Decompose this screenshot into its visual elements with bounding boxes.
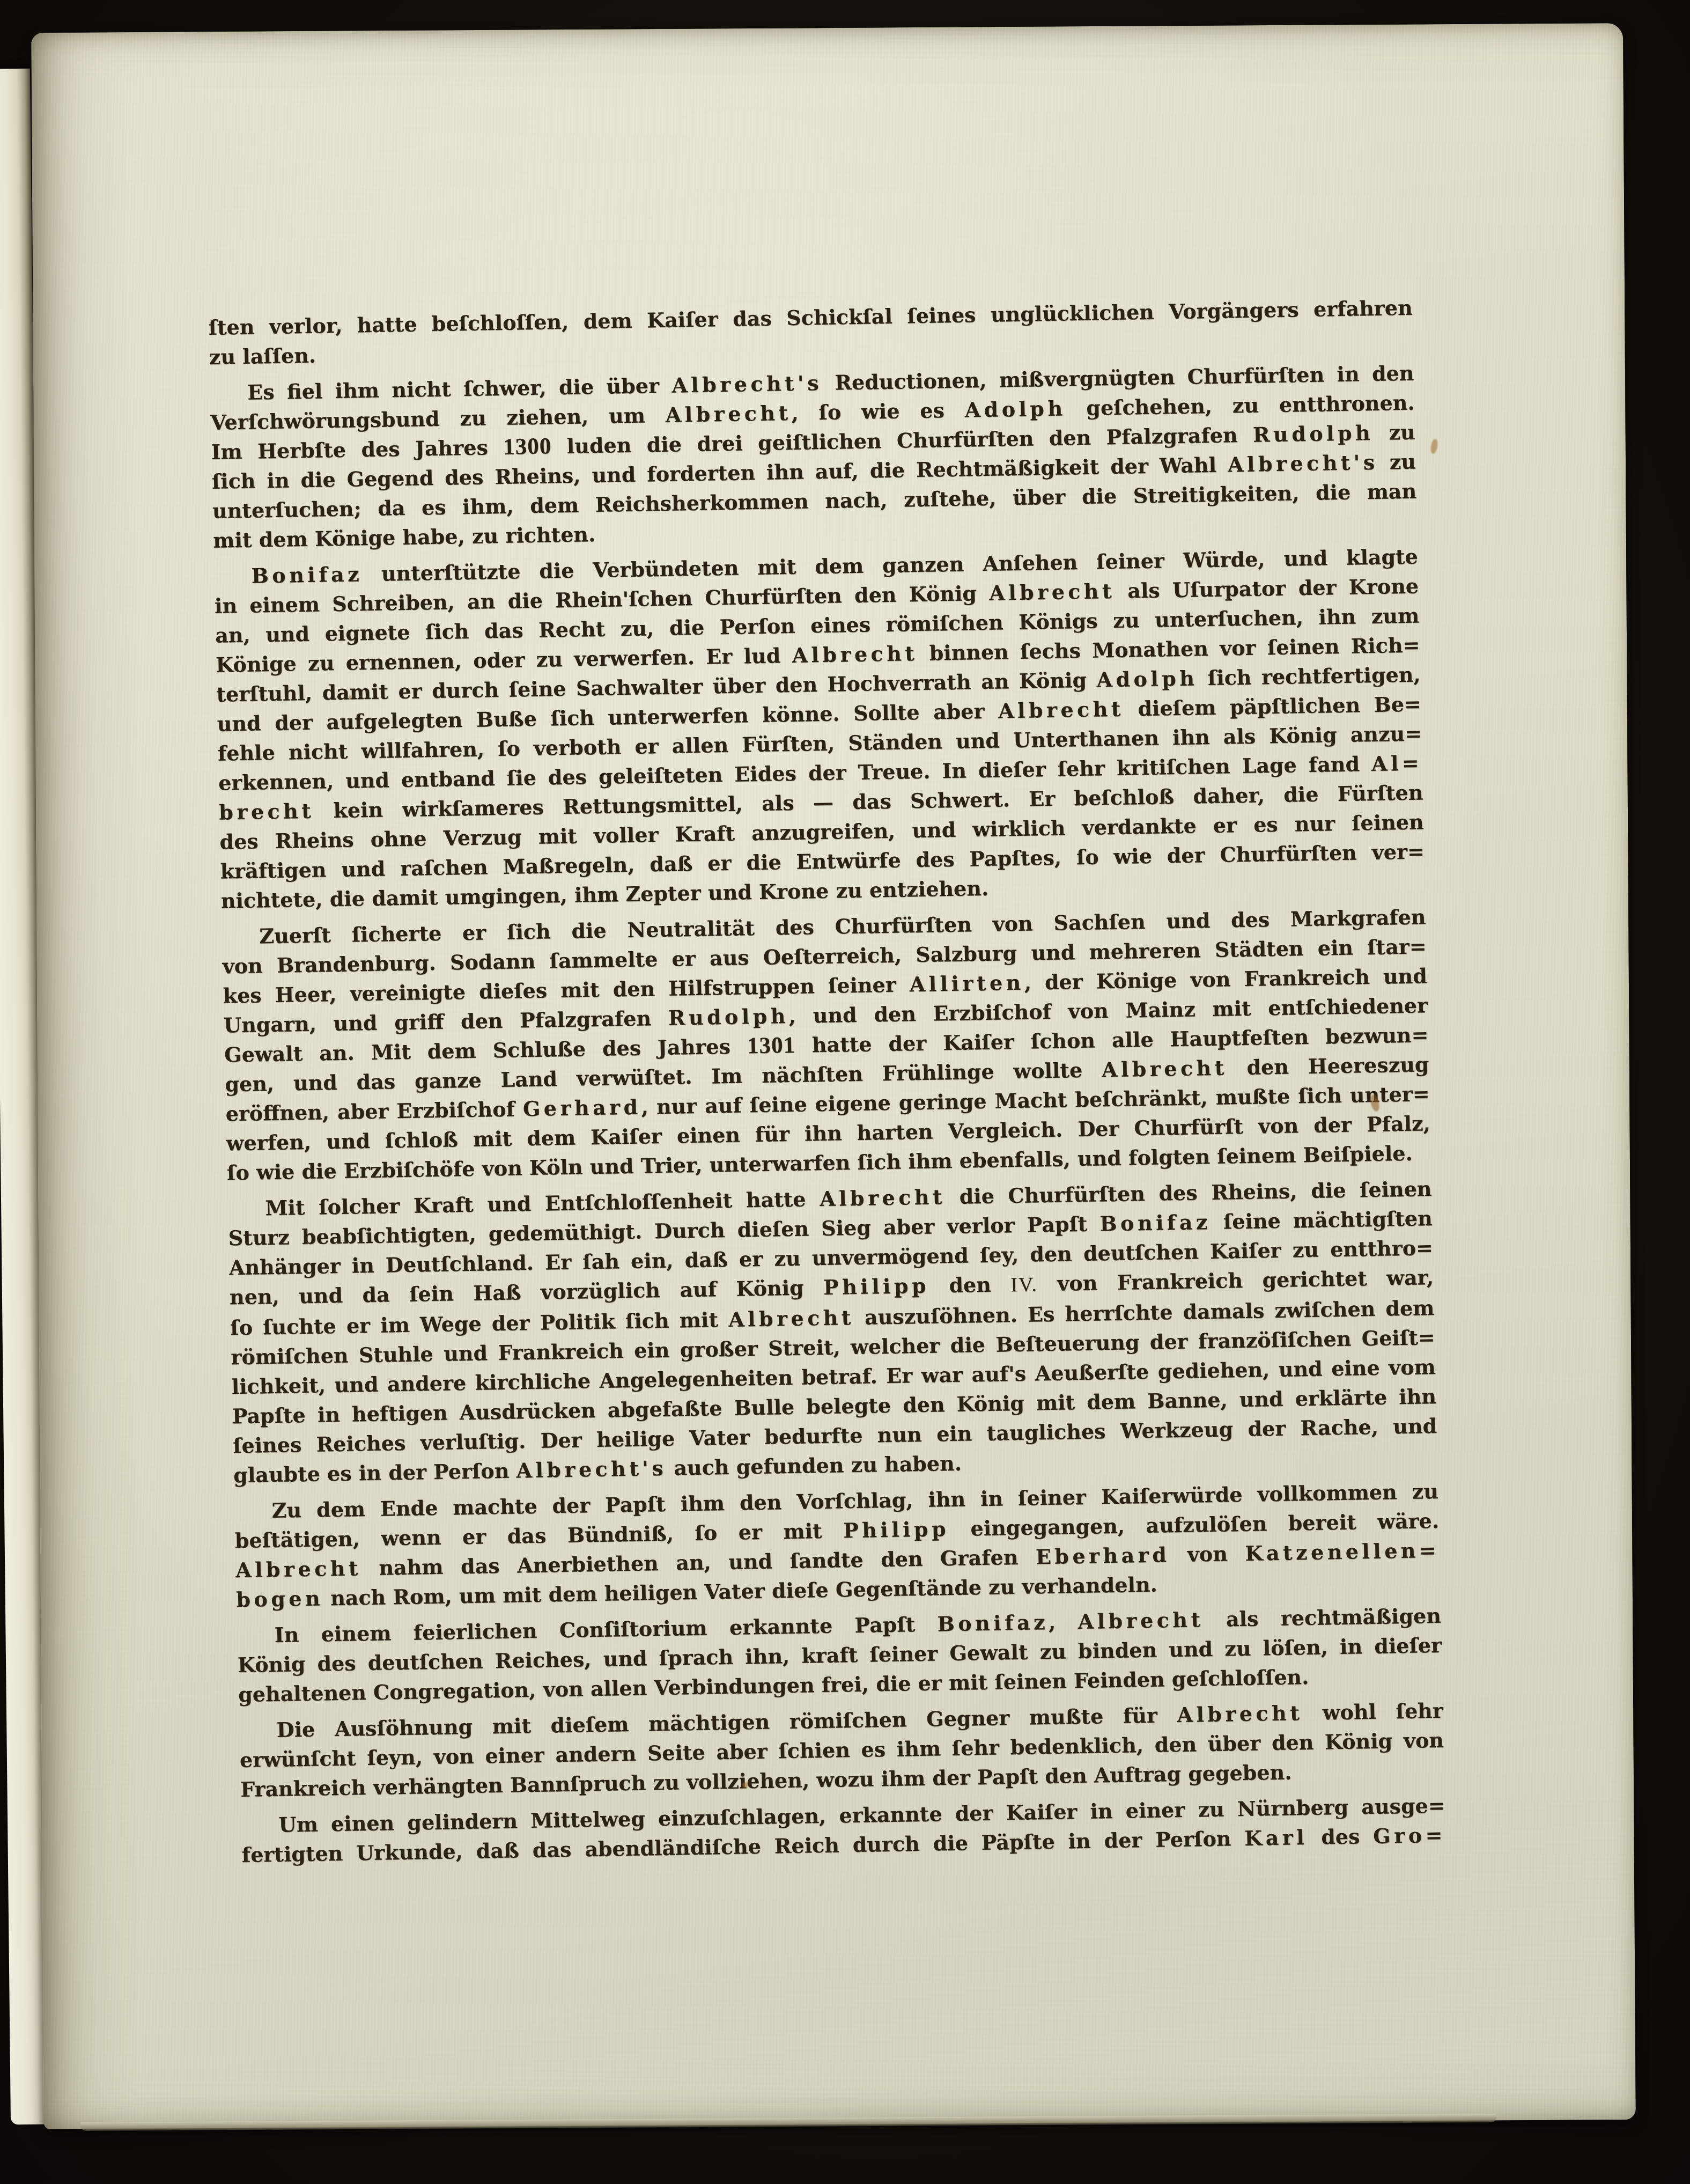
paragraph: Es fiel ihm nicht ſchwer, die über Albre… [210, 358, 1418, 555]
antiqua-year: 1301 [747, 1032, 795, 1058]
text-run: Verſchwörungsbund zu ziehen, um [210, 403, 666, 435]
letterspaced-name: Albrecht [1078, 1607, 1204, 1634]
text-run: Ungarn, und griff den Pfalzgrafen [223, 1006, 668, 1038]
text-run: geſchehen, zu entthronen. [1066, 391, 1415, 421]
letterspaced-name: Albrecht [235, 1556, 362, 1582]
text-run: eröffnen, aber Erzbiſchof [225, 1097, 523, 1126]
letterspaced-name: Philipp [823, 1274, 930, 1299]
letterspaced-name: Al= [1371, 751, 1422, 776]
letterspaced-name: Adolph [1096, 666, 1198, 692]
letterspaced-name: Philipp [843, 1517, 950, 1542]
text-block: ſten verlor, hatte beſchloſſen, dem Kaiſ… [208, 293, 1446, 1870]
text-run: des [1308, 1824, 1374, 1849]
text-run: glaubte es in der Perſon [233, 1458, 516, 1487]
letterspaced-name: Adolph [964, 396, 1066, 422]
text-run: die Churfürſten des Rheins, die ſeinen [945, 1176, 1432, 1209]
paragraph: Zuerſt ſicherte er ſich die Neutralität … [222, 902, 1431, 1187]
letterspaced-name: Eberhard [1035, 1542, 1170, 1569]
foxing-spot [742, 1782, 748, 1788]
letterspaced-name: Albrecht [1177, 1701, 1303, 1727]
text-run: ſeine mächtigſten [1211, 1206, 1433, 1234]
letterspaced-name: Katzenellen= [1245, 1538, 1440, 1565]
letterspaced-name: Bonifaz [937, 1610, 1049, 1636]
paragraph: Mit ſolcher Kraft und Entſchloſſenheit h… [227, 1174, 1438, 1490]
paragraph: Die Ausſöhnung mit dieſem mächtigen römi… [239, 1696, 1445, 1804]
text-run: von [1170, 1541, 1245, 1567]
text-run: den [929, 1272, 1010, 1297]
letterspaced-name: Albrecht [820, 1185, 946, 1211]
letterspaced-name: Albrecht's [516, 1456, 667, 1483]
foxing-spot [349, 695, 352, 699]
letterspaced-name: Gerhard [522, 1095, 641, 1121]
letterspaced-name: Albrecht [792, 641, 918, 667]
roman-numeral: IV. [1010, 1273, 1038, 1296]
text-run: von Frankreich gerichtet war, [1037, 1265, 1434, 1296]
letterspaced-name: bogen [236, 1586, 324, 1612]
letterspaced-name: Albrecht [665, 401, 792, 427]
paragraph: Zu dem Ende machte der Papſt ihm den Vor… [234, 1476, 1441, 1614]
paragraph: In einem feierlichen Conſiſtorium erkann… [237, 1601, 1443, 1709]
text-run: , ſo wie es [791, 398, 965, 425]
text-run: Im Herbſte des Jahres [211, 435, 504, 464]
letterspaced-name: Albrecht's [671, 371, 823, 398]
antiqua-year: 1300 [503, 433, 552, 459]
text-run: dieſem päpſtlichen Be= [1124, 692, 1421, 721]
letterspaced-name: Rudolph [668, 1004, 789, 1030]
letterspaced-name: Bonifaz [1099, 1210, 1211, 1236]
letterspaced-name: Albrecht [1101, 1055, 1228, 1082]
text-run: wohl ſehr [1303, 1698, 1443, 1725]
letterspaced-name: Gro= [1373, 1823, 1446, 1848]
letterspaced-name: brecht [219, 799, 315, 825]
letterspaced-name: Albrecht [989, 579, 1116, 605]
letterspaced-name: Albrecht [728, 1305, 855, 1332]
text-run: auch gefunden zu haben. [667, 1451, 962, 1480]
paragraph: Bonifaz unterſtützte die Verbündeten mit… [213, 542, 1425, 916]
text-run: als Uſurpator der Krone [1115, 574, 1419, 603]
text-run: ſich rechtfertigen, [1198, 663, 1421, 690]
text-run: , der Könige von Frankreich und [1024, 964, 1427, 994]
text-run: als rechtmäßigen [1204, 1604, 1441, 1631]
letterspaced-name: Allirten [909, 970, 1024, 997]
text-run: zu [1373, 420, 1415, 445]
text-run: den Heereszug [1227, 1052, 1429, 1079]
text-run: zu laſſen. [209, 343, 316, 369]
text-run: , [1048, 1609, 1078, 1634]
text-run: eingegangen, aufzulöſen bereit wäre. [949, 1509, 1440, 1541]
letterspaced-name: Albrecht's [1228, 450, 1379, 477]
letterspaced-name: Karl [1244, 1825, 1308, 1850]
text-run: mit dem Könige habe, zu richten. [213, 522, 596, 553]
letterspaced-name: Rudolph [1253, 421, 1374, 447]
letterspaced-name: Bonifaz [251, 562, 363, 587]
text-run: Es fiel ihm nicht ſchwer, die über [247, 373, 672, 405]
scan-stage: ſten verlor, hatte beſchloſſen, dem Kaiſ… [0, 0, 1690, 2184]
letterspaced-name: Albrecht [998, 697, 1125, 723]
text-run: zu [1378, 450, 1416, 474]
